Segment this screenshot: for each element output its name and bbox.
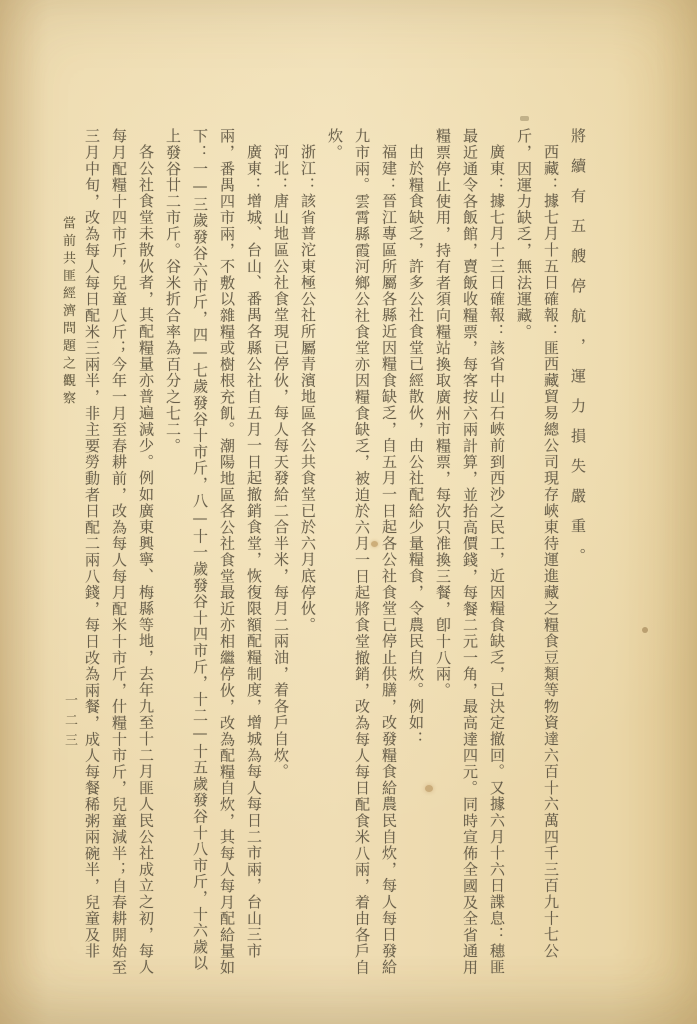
paragraph-3: 廣東：據七月十三日確報：該省中山石峽前到西沙之民工，近因糧食缺乏，已決定撤回。又… bbox=[429, 128, 510, 980]
paragraph-5: 福建：晉江專區所屬各縣近因糧食缺乏，自五月一日起各公社食堂已停止供膳，改發糧食給… bbox=[321, 128, 402, 980]
paper-stain bbox=[520, 116, 529, 121]
paper-stain bbox=[642, 627, 648, 633]
paragraph-2: 西藏：據七月十五日確報：匪西藏貿易總公司現存峽東待運進藏之糧食豆類等物資達六百十… bbox=[510, 128, 564, 980]
paragraph-1: 將續有五艘停航，運力損失嚴重。 bbox=[564, 128, 591, 980]
paragraph-6: 浙江：該省普沱東極公社所屬青濱地區各公共食堂已於六月底停伙。 bbox=[294, 128, 321, 980]
paragraph-7: 河北：唐山地區公社食堂現已停伙，每人每天發給二合半米，每月二兩油，着各戶自炊。 bbox=[267, 128, 294, 980]
paragraph-8: 廣東：增城、台山、番禺各縣公社自五月一日起撤銷食堂，恢復限額配糧制度，增城為每人… bbox=[159, 128, 267, 980]
document-page: 將續有五艘停航，運力損失嚴重。西藏：據七月十五日確報：匪西藏貿易總公司現存峽東待… bbox=[0, 0, 697, 1024]
page-number: 一二三 bbox=[60, 693, 79, 753]
body-text-block: 將續有五艘停航，運力損失嚴重。西藏：據七月十五日確報：匪西藏貿易總公司現存峽東待… bbox=[78, 128, 591, 980]
paragraph-4: 由於糧食缺乏，許多公社食堂已經散伙，由公社配給少量糧食，令農民自炊。例如： bbox=[402, 128, 429, 980]
running-title: 當前共匪經濟問題之觀察 bbox=[58, 216, 77, 409]
paragraph-9: 各公社食堂未散伙者，其配糧量亦普遍減少。例如廣東興寧、梅縣等地，去年九至十二月匪… bbox=[78, 128, 159, 980]
